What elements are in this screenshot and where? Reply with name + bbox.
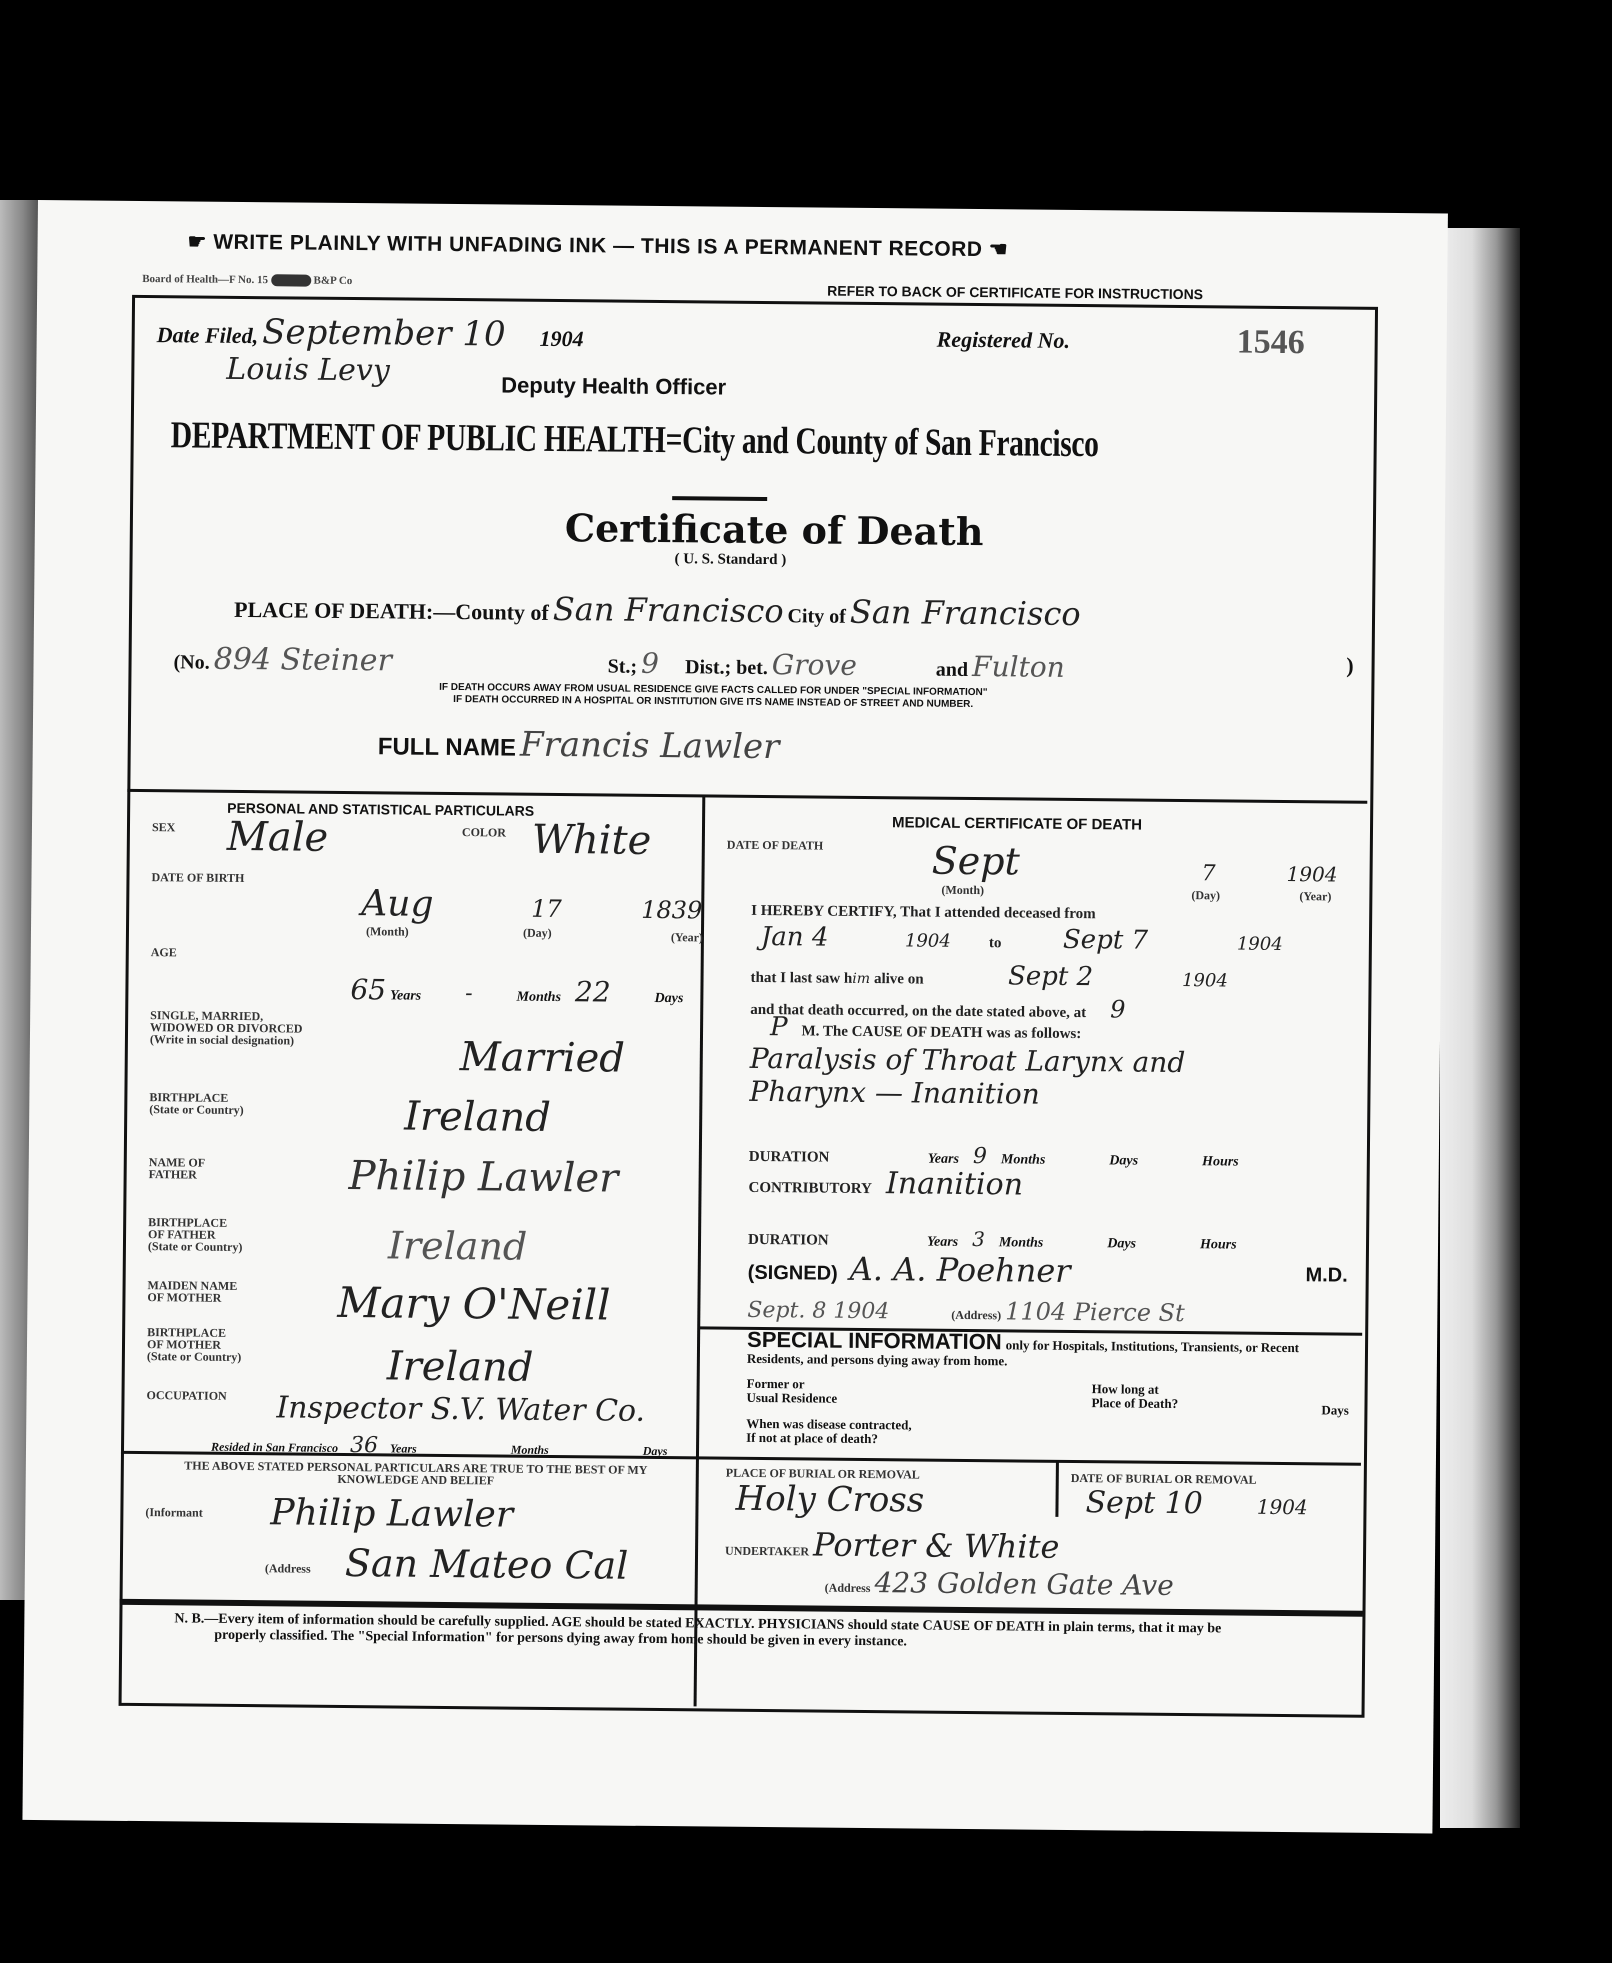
attended-range: Jan 4 1904 to Sept 7 1904: [761, 922, 1283, 957]
dod-label: DATE OF DEATH: [727, 839, 824, 852]
color-label: COLOR: [462, 826, 506, 838]
mother-label: MAIDEN NAMEOF MOTHER: [147, 1279, 237, 1304]
contributory: CONTRIBUTORY Inanition: [748, 1165, 1023, 1203]
signature: (SIGNED) A. A. Poehner M.D.: [748, 1249, 1348, 1293]
registered-label: Registered No.: [937, 327, 1070, 354]
signed-date-address: Sept. 8 1904 (Address) 1104 Pierce St: [747, 1295, 1185, 1327]
occupation-label: OCCUPATION: [146, 1389, 226, 1402]
occupation-value: Inspector S.V. Water Co.: [276, 1390, 645, 1429]
age-value: 65 Years - Months 22 Days: [350, 973, 683, 1009]
column-divider: [1055, 1462, 1059, 1517]
father-value: Philip Lawler: [348, 1153, 618, 1202]
dod-month: Sept: [931, 839, 1020, 884]
dob-day: 17: [531, 895, 562, 923]
burial-date: Sept 10 1904: [1085, 1485, 1308, 1522]
birthplace-value: Ireland: [404, 1094, 551, 1141]
certificate-subtitle: ( U. S. Standard ): [674, 551, 786, 569]
dod-year: 1904: [1286, 862, 1337, 886]
dob-label: DATE OF BIRTH: [151, 871, 244, 884]
sex-label: SEX: [152, 821, 175, 833]
disease-contracted-label: When was disease contracted,If not at pl…: [746, 1417, 912, 1447]
marital-label: SINGLE, MARRIED,WIDOWED OR DIVORCED(Writ…: [150, 1009, 303, 1046]
dob-year: 1839: [641, 896, 702, 925]
full-name: FULL NAME Francis Lawler: [378, 723, 780, 767]
burial-date-label: DATE of BURIAL or REMOVAL: [1071, 1472, 1257, 1486]
informant-address-value: San Mateo Cal: [345, 1541, 629, 1588]
page-stack-edge: [1440, 228, 1520, 1828]
mother-birthplace-value: Ireland: [387, 1343, 534, 1390]
physician-signature: A. A. Poehner: [850, 1250, 1071, 1290]
marital-value: Married: [460, 1034, 626, 1082]
street-value: 894 Steiner: [214, 642, 604, 681]
former-residence-label: Former orUsual Residence: [746, 1377, 837, 1406]
full-name-value: Francis Lawler: [520, 725, 780, 767]
burial-place-value: Holy Cross: [735, 1479, 924, 1521]
undertaker-address: (Address 423 Golden Gate Ave: [825, 1566, 1174, 1602]
department-title: DEPARTMENT OF PUBLIC HEALTH=City and Cou…: [171, 413, 1099, 466]
how-long-label: How long atPlace of Death?: [1091, 1382, 1178, 1411]
union-seal-icon: [271, 275, 311, 287]
father-birthplace-label: BIRTHPLACEOF FATHER(State or Country): [148, 1216, 243, 1253]
informant-label: (Informant: [145, 1506, 202, 1519]
mother-value: Mary O'Neill: [337, 1278, 611, 1330]
officer-signature: Louis Levy: [226, 352, 390, 389]
officer-title: Deputy Health Officer: [501, 372, 726, 400]
dod-day: 7: [1201, 861, 1215, 886]
cause-line-1: Paralysis of Throat Larynx and: [750, 1042, 1186, 1079]
informant-address-label: (Address: [265, 1562, 311, 1574]
banner: ☛ WRITE PLAINLY WITH UNFADING INK — THIS…: [187, 229, 1008, 262]
father-birthplace-value: Ireland: [388, 1223, 528, 1268]
certify-text: I HEREBY CERTIFY, That I attended deceas…: [751, 903, 1096, 923]
father-label: NAME OFFATHER: [149, 1156, 206, 1181]
city-value: San Francisco: [850, 593, 1081, 633]
death-certificate-page: ☛ WRITE PLAINLY WITH UNFADING INK — THIS…: [22, 200, 1447, 1833]
undertaker: UNDERTAKER Porter & White: [725, 1525, 1060, 1566]
dob-month: Aug: [361, 883, 434, 925]
form-number: Board of Health—F No. 15 B&P Co: [142, 273, 352, 287]
birthplace-label: BIRTHPLACE(State or Country): [149, 1091, 244, 1116]
last-saw: that I last saw him alive on Sept 2 1904: [750, 959, 1228, 994]
place-of-death: PLACE OF DEATH:—County of San Francisco …: [234, 587, 1081, 633]
registered-number: 1546: [1237, 324, 1305, 363]
age-label: AGE: [151, 946, 177, 958]
informant-value: Philip Lawler: [270, 1492, 513, 1535]
pointing-hand-icon: ☛: [187, 230, 213, 253]
color-value: White: [532, 817, 652, 864]
cause-line-2: Pharynx — Inanition: [749, 1075, 1040, 1111]
undertaker-value: Porter & White: [813, 1526, 1060, 1566]
medical-heading: MEDICAL CERTIFICATE OF DEATH: [892, 814, 1142, 833]
date-filed: Date Filed, September 10 1904: [157, 311, 584, 355]
refer-instructions: REFER TO BACK OF CERTIFICATE FOR INSTRUC…: [827, 283, 1203, 303]
cause-label: P M. The CAUSE OF DEATH was as follows:: [770, 1012, 1082, 1045]
certificate-title: Certificate of Death: [565, 505, 984, 554]
special-info-heading: SPECIAL INFORMATION only for Hospitals, …: [747, 1332, 1347, 1373]
county-value: San Francisco: [553, 590, 784, 630]
pointing-hand-icon: ☚: [982, 238, 1008, 261]
date-filed-value: September 10: [262, 312, 506, 354]
sex-value: Male: [227, 814, 329, 861]
mother-birthplace-label: BIRTHPLACEOF MOTHER(State or Country): [147, 1326, 242, 1363]
